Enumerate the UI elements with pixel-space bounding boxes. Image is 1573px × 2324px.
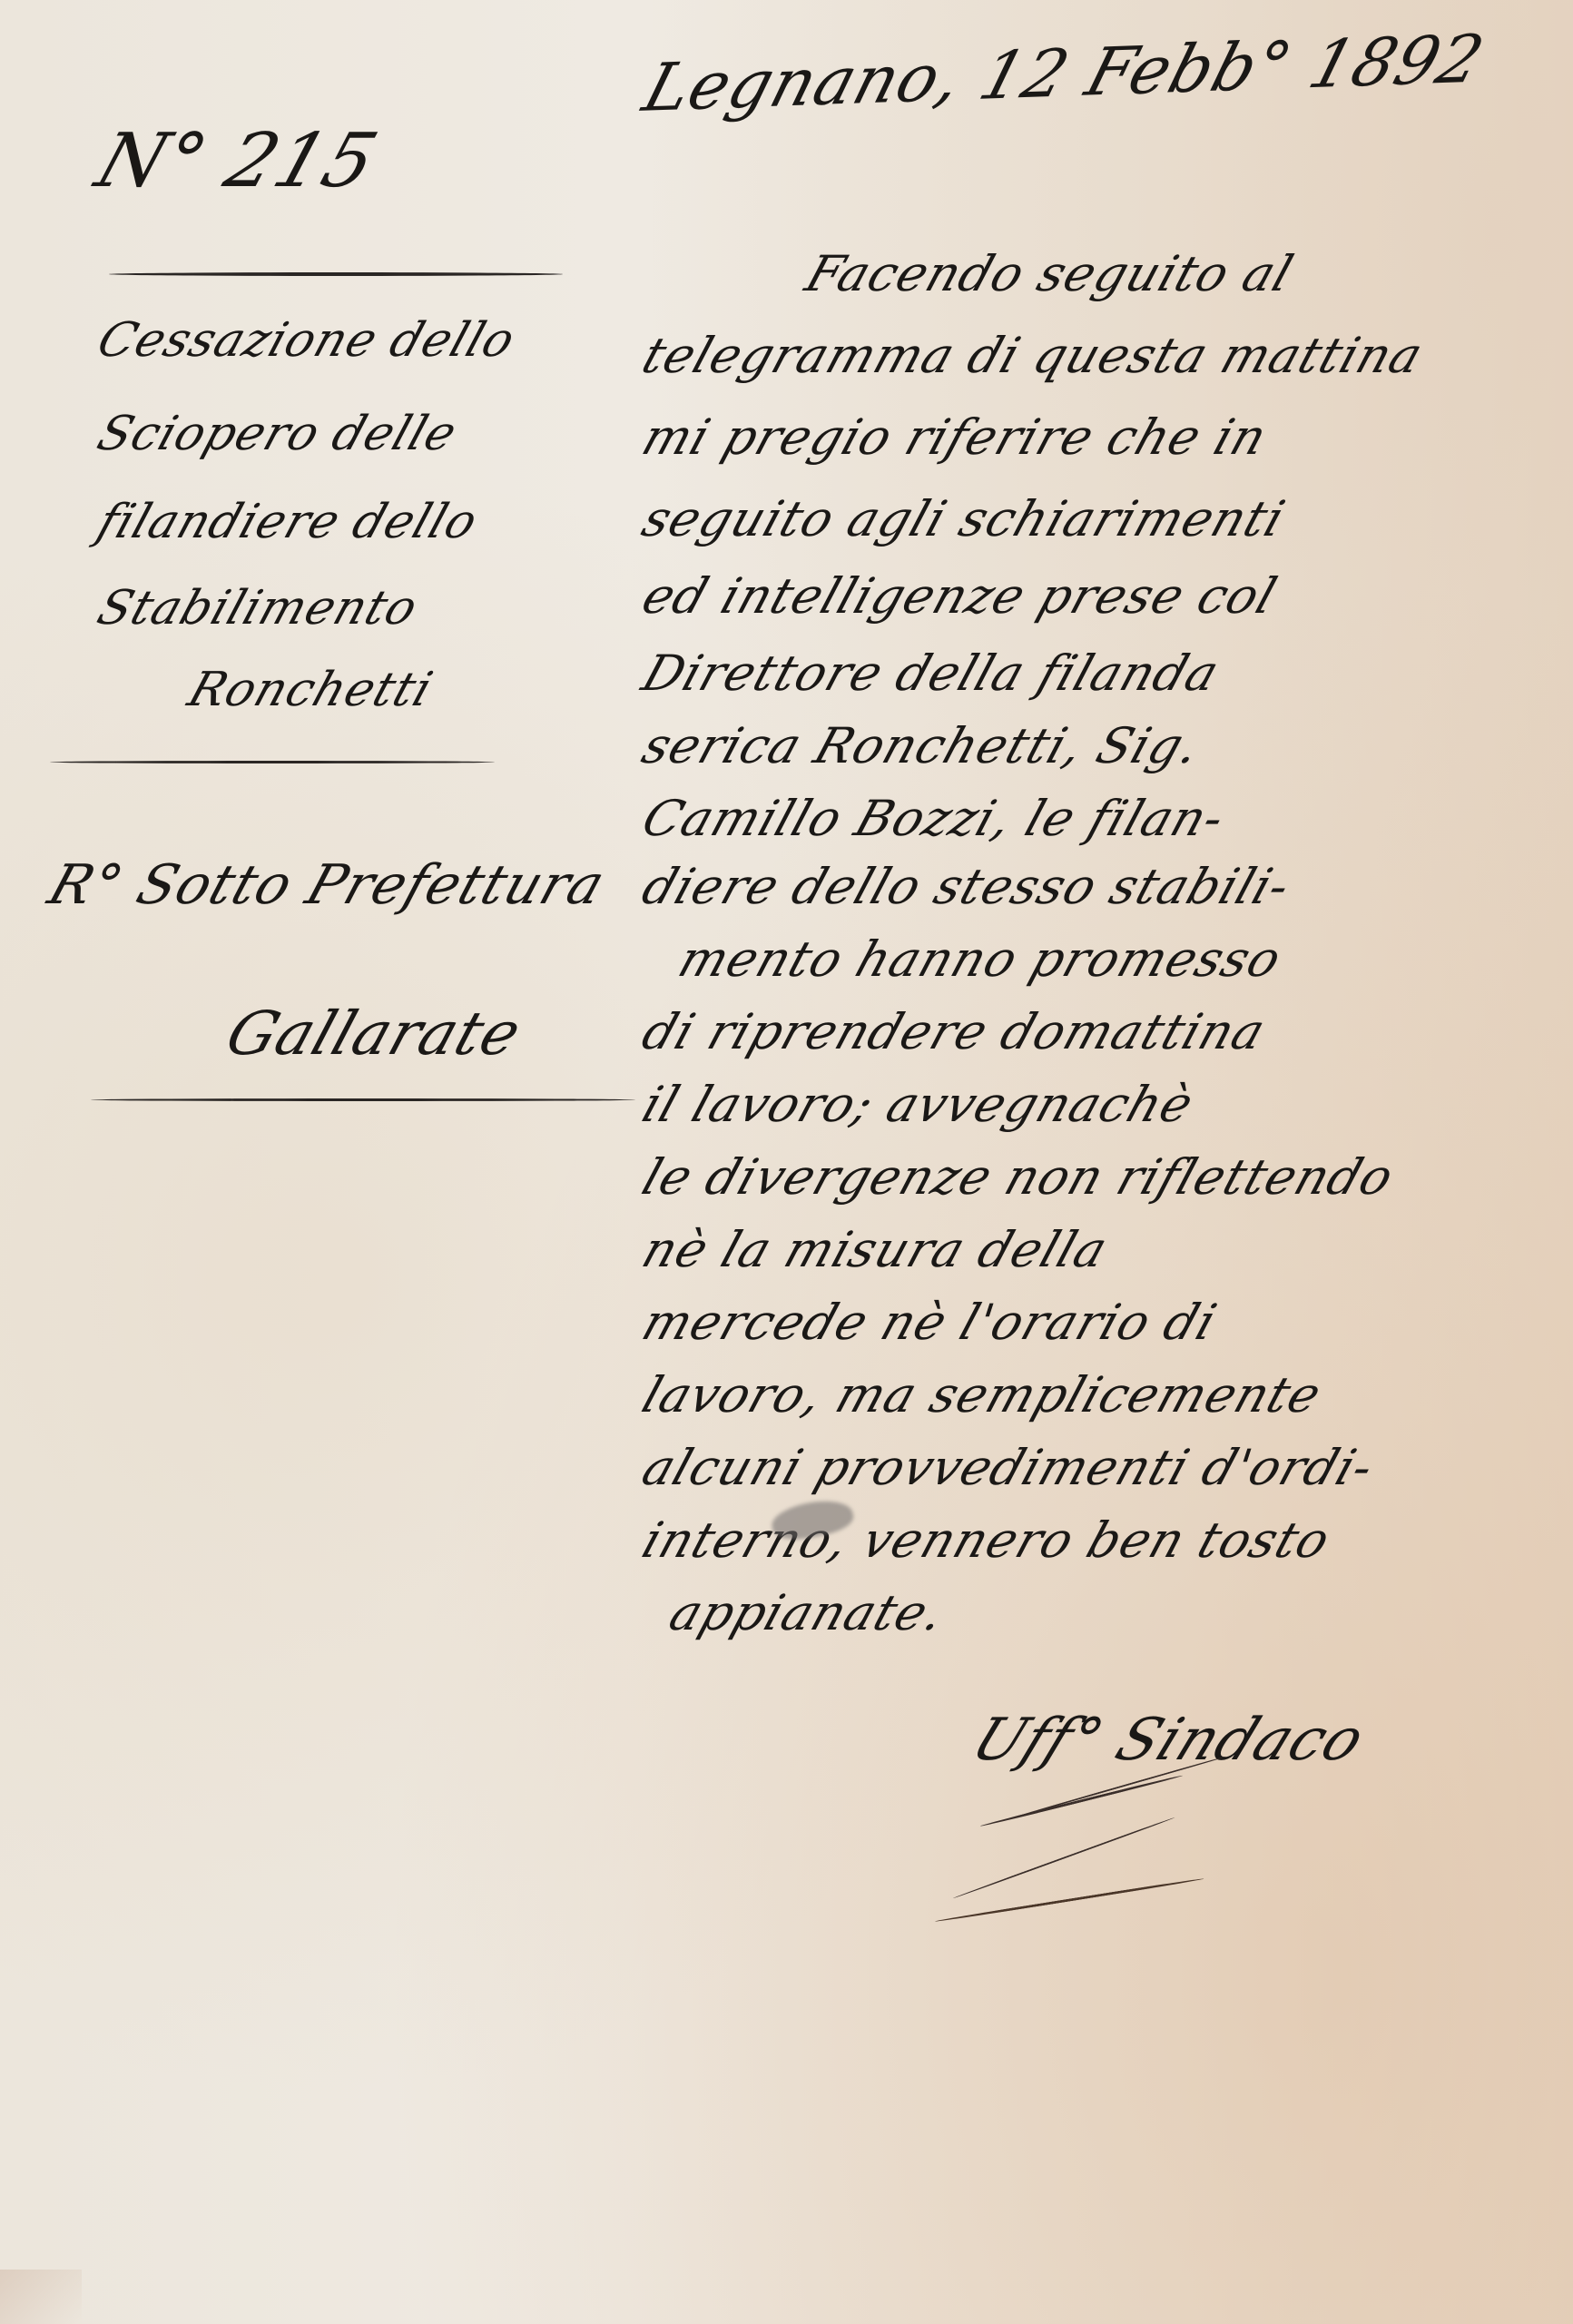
addressee-rule [91,1098,635,1101]
body-line: mercede nè l'orario di [635,1294,1224,1351]
place-date: Legnano, 12 Febb° 1892 [635,20,1493,126]
subject-line: Stabilimento [91,581,425,635]
body-line: le divergenze non riflettendo [635,1148,1401,1206]
body-line: Direttore della filanda [635,645,1226,702]
body-line: mi pregio riferire che in [635,409,1274,466]
body-line: serica Ronchetti, Sig. [635,717,1208,774]
body-line: il lavoro; avvegnachè [635,1076,1201,1133]
letter-page: N° 215 Legnano, 12 Febb° 1892 Cessazione… [0,0,1573,2324]
subject-top-rule [109,272,563,276]
body-line: interno, vennero ben tosto [635,1512,1338,1569]
signature-underline [935,1877,1204,1923]
body-line: seguito agli schiarimenti [635,490,1293,547]
closing-title: Uff° Sindaco [962,1707,1375,1774]
addressee-line: R° Sotto Prefettura [41,853,613,917]
body-line: mento hanno promesso [672,931,1289,988]
subject-line: filandiere dello [91,495,485,549]
body-line: Facendo seguito al [799,245,1301,302]
body-line: telegramma di questa mattina [635,327,1430,384]
addressee-line: Gallarate [218,999,530,1068]
subject-line: Sciopero delle [91,407,464,461]
signature-stroke [980,1774,1184,1827]
body-line: nè la misura della [635,1221,1115,1278]
subject-line: Ronchetti [182,663,439,717]
body-line: lavoro, ma semplicemente [635,1366,1329,1423]
body-line: ed intelligenze prese col [635,567,1284,625]
protocol-number: N° 215 [86,118,388,204]
body-line: Camillo Bozzi, le filan- [635,790,1233,847]
body-line: alcuni provvedimenti d'ordi- [635,1439,1381,1496]
body-line: di riprendere domattina [635,1003,1273,1060]
subject-bottom-rule [50,761,495,763]
body-line: appianate. [663,1584,952,1641]
subject-line: Cessazione dello [91,313,522,368]
body-line: diere dello stesso stabili- [635,858,1298,915]
page-corner-fold [0,2270,82,2324]
